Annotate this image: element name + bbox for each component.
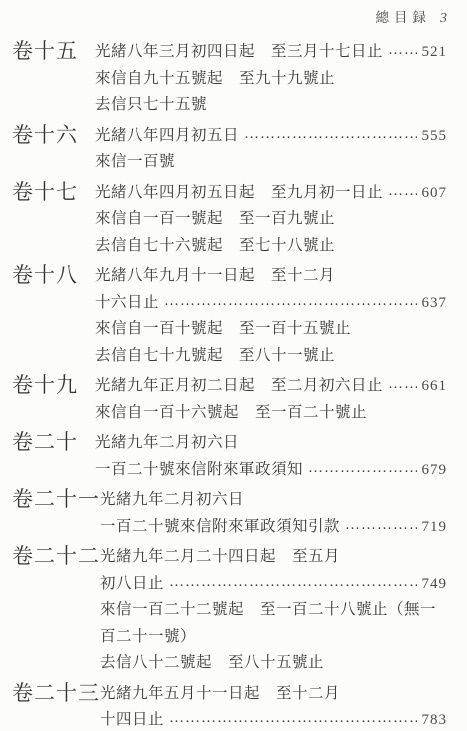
line-text: 來信自九十五號起 至九十九號止 xyxy=(95,66,335,93)
entry-lines: 光緒八年三月初四日起 至三月十七日止…………………………………………………………… xyxy=(95,39,447,119)
toc-line: 來信自九十五號起 至九十九號止 xyxy=(95,66,447,93)
toc-entry: 卷二十一光緒九年二月初六日一百二十號來信附來軍政須知引款………………………………… xyxy=(12,487,447,540)
line-text: 來信一百號 xyxy=(95,149,175,176)
entry-lines: 光緒九年二月初六日一百二十號來信附來軍政須知引款…………………………………………… xyxy=(100,487,447,540)
line-text: 光緒九年二月二十四日起 至五月 xyxy=(100,544,340,571)
volume-label: 卷十五 xyxy=(12,38,95,65)
toc-line: 去信自七十九號起 至八十一號止 xyxy=(95,343,447,370)
toc-line: 百二十一號） xyxy=(100,624,447,651)
toc-line: 光緒九年正月初二日起 至二月初六日止…………………………………………………………… xyxy=(95,373,447,400)
dot-leader: ……………………………………………………………………………… xyxy=(345,512,416,539)
page-number: 719 xyxy=(422,514,448,541)
line-text: 來信自一百十六號起 至一百二十號止 xyxy=(95,400,367,427)
toc-line: 去信八十二號起 至八十五號止 xyxy=(100,650,447,677)
line-text: 十四日止 xyxy=(100,707,164,731)
toc-line: 來信一百二十二號起 至一百二十八號止（無一 xyxy=(100,597,447,624)
page-number: 749 xyxy=(422,571,448,598)
volume-label: 卷十八 xyxy=(12,262,95,289)
page-number: 783 xyxy=(422,707,448,731)
page-number: 661 xyxy=(422,373,448,400)
line-text: 光緒八年四月初五日起 至九月初一日止 xyxy=(95,180,383,207)
line-text: 去信八十二號起 至八十五號止 xyxy=(100,650,324,677)
dot-leader: ……………………………………………………………………………… xyxy=(388,371,416,398)
toc-line: 十四日止………………………………………………………………………………783 xyxy=(100,707,447,731)
entry-lines: 光緒九年二月初六日一百二十號來信附來軍政須知………………………………………………… xyxy=(95,430,447,483)
toc-line: 來信自一百十六號起 至一百二十號止 xyxy=(95,400,447,427)
toc-entry: 卷二十三光緒九年五月十一日起 至十二月十四日止……………………………………………… xyxy=(12,681,447,731)
line-text: 來信一百二十二號起 至一百二十八號止（無一 xyxy=(100,597,436,624)
book-page: 總目録 3 卷十五光緒八年三月初四日起 至三月十七日止…………………………………… xyxy=(0,0,467,731)
line-text: 初八日止 xyxy=(100,571,164,598)
entry-lines: 光緒八年四月初五日起 至九月初一日止…………………………………………………………… xyxy=(95,180,447,260)
toc-line: 一百二十號來信附來軍政須知………………………………………………………………………… xyxy=(95,457,447,484)
line-text: 光緒八年九月十一日起 至十二月 xyxy=(95,263,335,290)
toc-line: 十六日止………………………………………………………………………………637 xyxy=(95,290,447,317)
running-head-title: 總目録 xyxy=(376,6,432,26)
line-text: 光緒九年二月初六日 xyxy=(95,430,239,457)
entry-lines: 光緒九年二月二十四日起 至五月初八日止………………………………………………………… xyxy=(100,544,447,677)
running-head-page-number: 3 xyxy=(440,11,447,27)
toc-line: 光緒八年九月十一日起 至十二月 xyxy=(95,263,447,290)
line-text: 光緒八年三月初四日起 至三月十七日止 xyxy=(95,39,383,66)
volume-label: 卷二十二 xyxy=(12,543,100,570)
line-text: 去信自七十六號起 至七十八號止 xyxy=(95,233,335,260)
running-head: 總目録 3 xyxy=(12,6,447,24)
line-text: 一百二十號來信附來軍政須知引款 xyxy=(100,514,340,541)
line-text: 去信只七十五號 xyxy=(95,92,207,119)
toc-entry: 卷二十光緒九年二月初六日一百二十號來信附來軍政須知………………………………………… xyxy=(12,430,447,483)
toc-entry: 卷十六光緒八年四月初五日…………………………………………………………………………… xyxy=(12,123,447,176)
line-text: 光緒八年四月初五日 xyxy=(95,123,239,150)
volume-label: 卷二十三 xyxy=(12,680,100,707)
dot-leader: ……………………………………………………………………………… xyxy=(244,121,416,148)
toc-line: 光緒八年四月初五日起 至九月初一日止…………………………………………………………… xyxy=(95,180,447,207)
toc-entry: 卷十八光緒八年九月十一日起 至十二月十六日止………………………………………………… xyxy=(12,263,447,369)
toc-line: 來信一百號 xyxy=(95,149,447,176)
line-text: 光緒九年五月十一日起 至十二月 xyxy=(100,681,340,708)
volume-label: 卷十六 xyxy=(12,122,95,149)
toc-line: 光緒九年二月初六日 xyxy=(95,430,447,457)
toc-line: 光緒九年二月二十四日起 至五月 xyxy=(100,544,447,571)
line-text: 來信自一百十號起 至一百十五號止 xyxy=(95,316,351,343)
toc-line: 來信自一百十號起 至一百十五號止 xyxy=(95,316,447,343)
toc-line: 光緒九年五月十一日起 至十二月 xyxy=(100,681,447,708)
entry-lines: 光緒九年五月十一日起 至十二月十四日止………………………………………………………… xyxy=(100,681,447,731)
toc-line: 光緒八年四月初五日………………………………………………………………………………5… xyxy=(95,123,447,150)
entry-lines: 光緒八年九月十一日起 至十二月十六日止………………………………………………………… xyxy=(95,263,447,369)
dot-leader: ……………………………………………………………………………… xyxy=(388,178,416,205)
line-text: 十六日止 xyxy=(95,290,159,317)
page-number: 637 xyxy=(422,290,448,317)
line-text: 光緒九年二月初六日 xyxy=(100,487,244,514)
toc-line: 光緒九年二月初六日 xyxy=(100,487,447,514)
line-text: 百二十一號） xyxy=(100,624,196,651)
toc-line: 光緒八年三月初四日起 至三月十七日止…………………………………………………………… xyxy=(95,39,447,66)
toc-entry: 卷十七光緒八年四月初五日起 至九月初一日止…………………………………………………… xyxy=(12,180,447,260)
dot-leader: ……………………………………………………………………………… xyxy=(388,37,416,64)
page-number: 555 xyxy=(422,123,448,150)
volume-label: 卷十七 xyxy=(12,179,95,206)
dot-leader: ……………………………………………………………………………… xyxy=(169,569,416,596)
toc-line: 去信自七十六號起 至七十八號止 xyxy=(95,233,447,260)
toc-entry: 卷十九光緒九年正月初二日起 至二月初六日止…………………………………………………… xyxy=(12,373,447,426)
volume-label: 卷二十 xyxy=(12,429,95,456)
table-of-contents: 卷十五光緒八年三月初四日起 至三月十七日止…………………………………………………… xyxy=(12,39,447,731)
toc-line: 來信自一百一號起 至一百九號止 xyxy=(95,206,447,233)
toc-line: 初八日止………………………………………………………………………………749 xyxy=(100,571,447,598)
entry-lines: 光緒八年四月初五日………………………………………………………………………………5… xyxy=(95,123,447,176)
toc-line: 一百二十號來信附來軍政須知引款…………………………………………………………………… xyxy=(100,514,447,541)
page-number: 679 xyxy=(422,457,448,484)
line-text: 來信自一百一號起 至一百九號止 xyxy=(95,206,335,233)
volume-label: 卷二十一 xyxy=(12,486,100,513)
line-text: 一百二十號來信附來軍政須知 xyxy=(95,457,303,484)
dot-leader: ……………………………………………………………………………… xyxy=(169,705,416,731)
volume-label: 卷十九 xyxy=(12,372,95,399)
dot-leader: ……………………………………………………………………………… xyxy=(164,288,416,315)
dot-leader: ……………………………………………………………………………… xyxy=(308,455,416,482)
toc-entry: 卷十五光緒八年三月初四日起 至三月十七日止…………………………………………………… xyxy=(12,39,447,119)
page-number: 521 xyxy=(422,39,448,66)
toc-line: 去信只七十五號 xyxy=(95,92,447,119)
toc-entry: 卷二十二光緒九年二月二十四日起 至五月初八日止……………………………………………… xyxy=(12,544,447,677)
line-text: 去信自七十九號起 至八十一號止 xyxy=(95,343,335,370)
line-text: 光緒九年正月初二日起 至二月初六日止 xyxy=(95,373,383,400)
page-number: 607 xyxy=(422,180,448,207)
entry-lines: 光緒九年正月初二日起 至二月初六日止…………………………………………………………… xyxy=(95,373,447,426)
